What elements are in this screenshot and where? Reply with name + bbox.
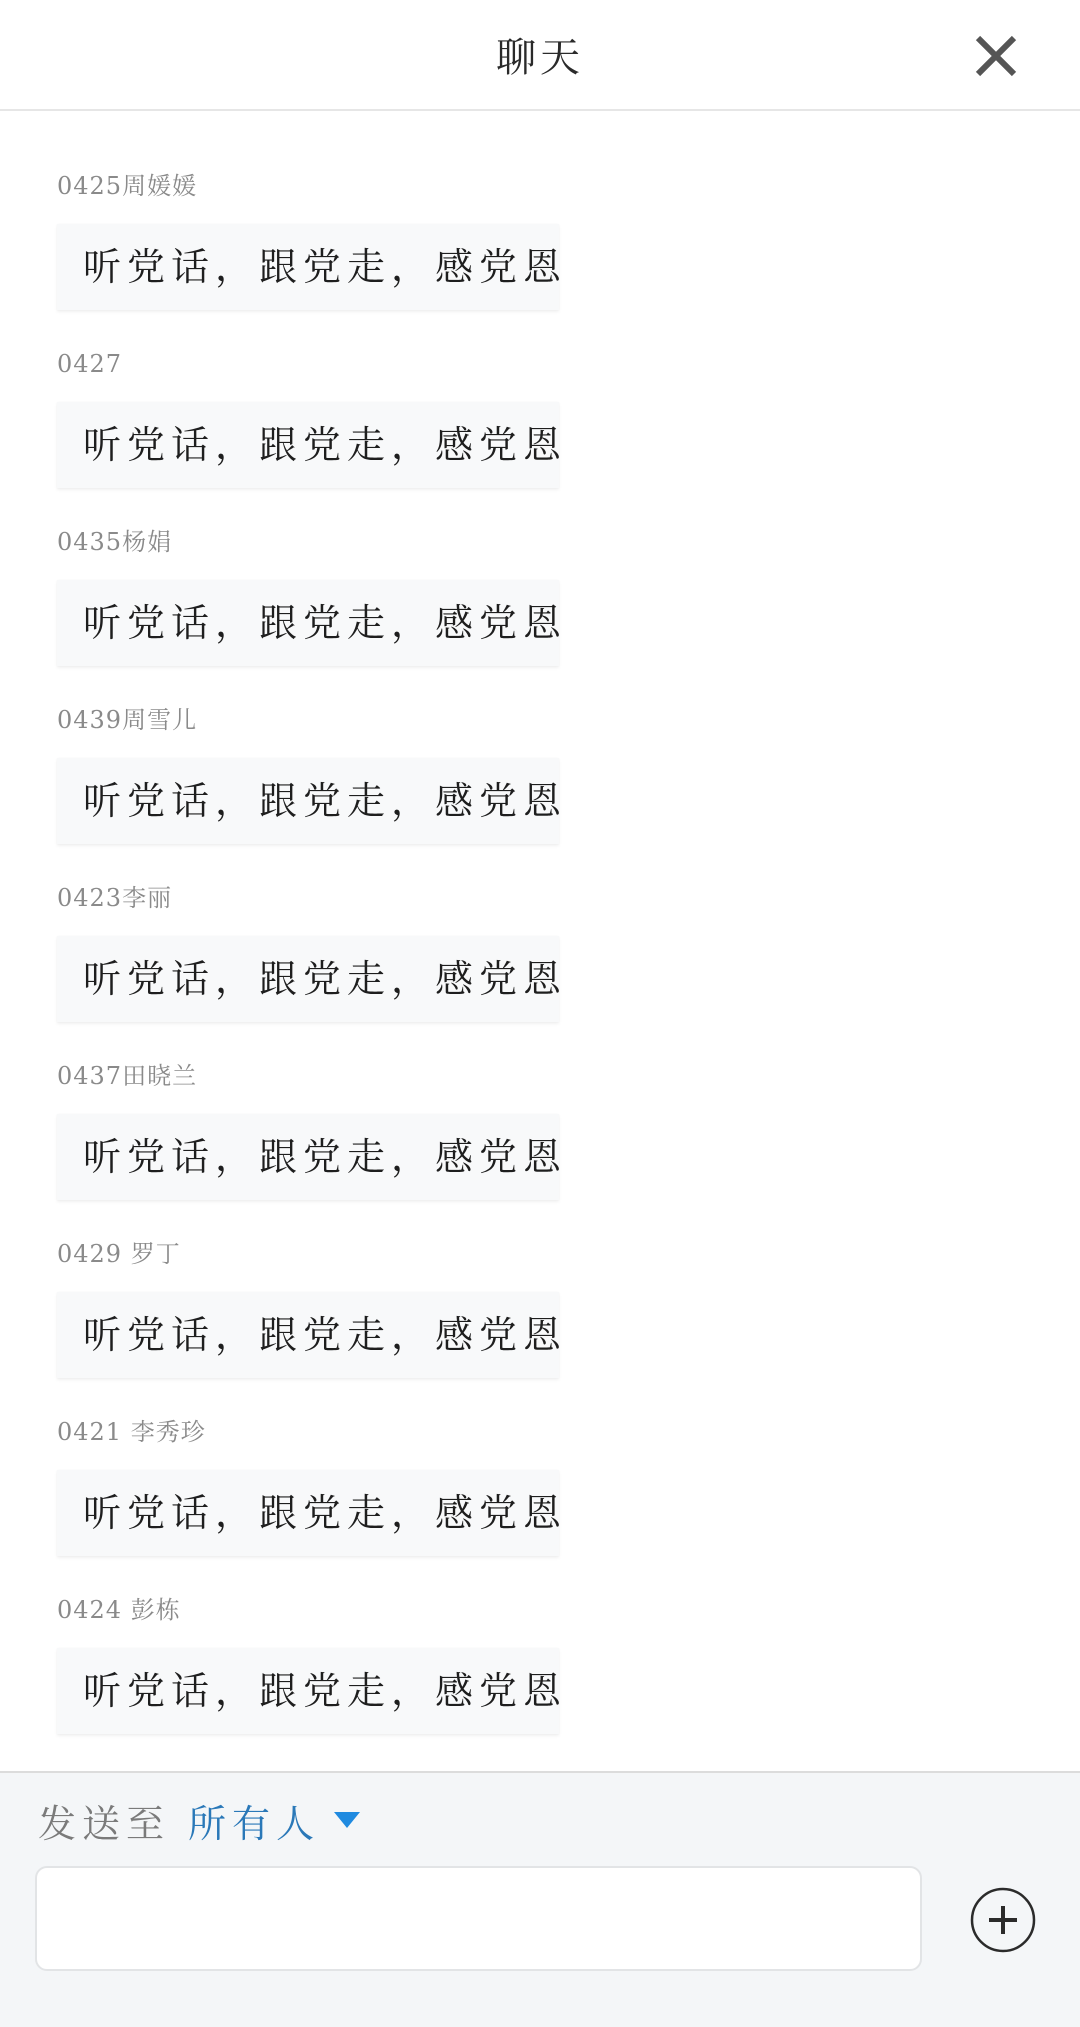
- message-sender: 0437田晓兰: [57, 1058, 559, 1094]
- message-bubble: 听党话，跟党走，感党恩: [57, 580, 559, 666]
- message-sender: 0435杨娟: [57, 524, 559, 560]
- message-sender: 0427: [57, 346, 559, 382]
- send-to-label: 发送至: [38, 1793, 170, 1848]
- message-bubble: 听党话，跟党走，感党恩: [57, 758, 559, 844]
- message-sender: 0429 罗丁: [57, 1236, 559, 1272]
- add-button[interactable]: [970, 1887, 1036, 1953]
- message-bubble: 听党话，跟党走，感党恩: [57, 402, 559, 488]
- chat-header: 聊天: [0, 0, 1080, 111]
- message-sender: 0424 彭栋: [57, 1592, 559, 1628]
- message-item: 0421 李秀珍 听党话，跟党走，感党恩: [57, 1414, 559, 1556]
- message-item: 0435杨娟 听党话，跟党走，感党恩: [57, 524, 559, 666]
- dropdown-triangle-icon: [334, 1812, 360, 1828]
- message-item: 0429 罗丁 听党话，跟党走，感党恩: [57, 1236, 559, 1378]
- page-title: 聊天: [0, 26, 1080, 83]
- plus-circle-icon: [970, 1887, 1036, 1953]
- message-item: 0427 听党话，跟党走，感党恩: [57, 346, 559, 488]
- composer: 发送至 所有人: [0, 1771, 1080, 2027]
- message-bubble: 听党话，跟党走，感党恩: [57, 224, 559, 310]
- message-sender: 0425周媛媛: [57, 168, 559, 204]
- message-item: 0423李丽 听党话，跟党走，感党恩: [57, 880, 559, 1022]
- message-bubble: 听党话，跟党走，感党恩: [57, 1648, 559, 1734]
- message-bubble: 听党话，跟党走，感党恩: [57, 1114, 559, 1200]
- message-bubble: 听党话，跟党走，感党恩: [57, 1470, 559, 1556]
- message-item: 0425周媛媛 听党话，跟党走，感党恩: [57, 168, 559, 310]
- recipient-dropdown[interactable]: 所有人: [188, 1793, 360, 1848]
- close-button[interactable]: [970, 30, 1022, 82]
- message-item: 0437田晓兰 听党话，跟党走，感党恩: [57, 1058, 559, 1200]
- close-icon: [970, 30, 1022, 82]
- message-sender: 0439周雪儿: [57, 702, 559, 738]
- message-sender: 0423李丽: [57, 880, 559, 916]
- message-list[interactable]: 0425周媛媛 听党话，跟党走，感党恩 0427 听党话，跟党走，感党恩 043…: [0, 111, 1080, 1771]
- message-item: 0424 彭栋 听党话，跟党走，感党恩: [57, 1592, 559, 1734]
- message-sender: 0421 李秀珍: [57, 1414, 559, 1450]
- message-bubble: 听党话，跟党走，感党恩: [57, 1292, 559, 1378]
- message-input[interactable]: [35, 1866, 922, 1971]
- message-item: 0439周雪儿 听党话，跟党走，感党恩: [57, 702, 559, 844]
- send-to-row: 发送至 所有人: [38, 1795, 360, 1845]
- message-bubble: 听党话，跟党走，感党恩: [57, 936, 559, 1022]
- recipient-value: 所有人: [188, 1793, 320, 1848]
